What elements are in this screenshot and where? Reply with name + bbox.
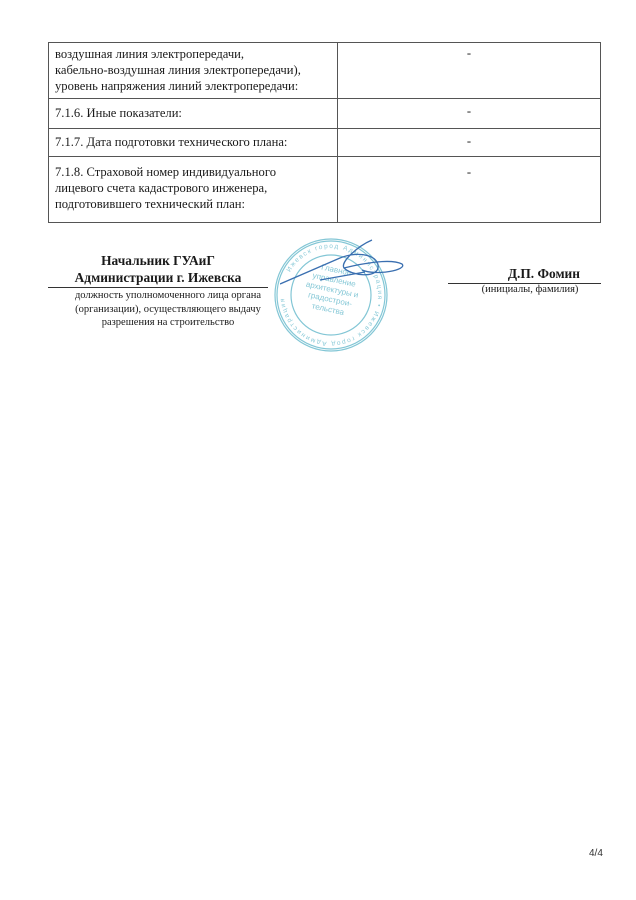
technical-indicators-table: воздушная линия электропередачи, кабельн… bbox=[48, 42, 601, 223]
table-row: 7.1.8. Страховой номер индивидуального л… bbox=[49, 157, 601, 223]
label-line: 7.1.8. Страховой номер индивидуального bbox=[55, 164, 331, 180]
table-row: 7.1.7. Дата подготовки технического план… bbox=[49, 129, 601, 157]
official-name: Д.П. Фомин bbox=[440, 266, 600, 282]
label-line: лицевого счета кадастрового инженера, bbox=[55, 180, 331, 196]
position-line: Начальник ГУАиГ bbox=[48, 252, 268, 269]
row-label: 7.1.7. Дата подготовки технического план… bbox=[49, 129, 338, 157]
caption-line: (организации), осуществляющего выдачу bbox=[48, 303, 288, 317]
row-value: - bbox=[338, 99, 601, 129]
label-line: подготовившего технический план: bbox=[55, 196, 331, 212]
position-caption: должность уполномоченного лица органа (о… bbox=[48, 289, 288, 330]
page-number: 4/4 bbox=[589, 848, 603, 859]
row-label: 7.1.6. Иные показатели: bbox=[49, 99, 338, 129]
label-line: воздушная линия электропередачи, bbox=[55, 46, 331, 62]
label-line: уровень напряжения линий электропередачи… bbox=[55, 78, 331, 94]
row-value: - bbox=[338, 129, 601, 157]
handwritten-signature-icon bbox=[280, 236, 420, 306]
table-row: 7.1.6. Иные показатели: - bbox=[49, 99, 601, 129]
table-row: воздушная линия электропередачи, кабельн… bbox=[49, 43, 601, 99]
official-position: Начальник ГУАиГ Администрации г. Ижевска bbox=[48, 252, 268, 286]
caption-line: разрешения на строительство bbox=[48, 316, 288, 330]
position-underline bbox=[48, 287, 268, 288]
name-caption: (инициалы, фамилия) bbox=[470, 284, 590, 295]
label-line: 7.1.7. Дата подготовки технического план… bbox=[55, 134, 331, 150]
position-line: Администрации г. Ижевска bbox=[48, 269, 268, 286]
caption-line: должность уполномоченного лица органа bbox=[48, 289, 288, 303]
label-line: кабельно-воздушная линия электропередачи… bbox=[55, 62, 331, 78]
row-value: - bbox=[338, 157, 601, 223]
row-label: воздушная линия электропередачи, кабельн… bbox=[49, 43, 338, 99]
label-line: 7.1.6. Иные показатели: bbox=[55, 105, 331, 121]
row-value: - bbox=[338, 43, 601, 99]
row-label: 7.1.8. Страховой номер индивидуального л… bbox=[49, 157, 338, 223]
